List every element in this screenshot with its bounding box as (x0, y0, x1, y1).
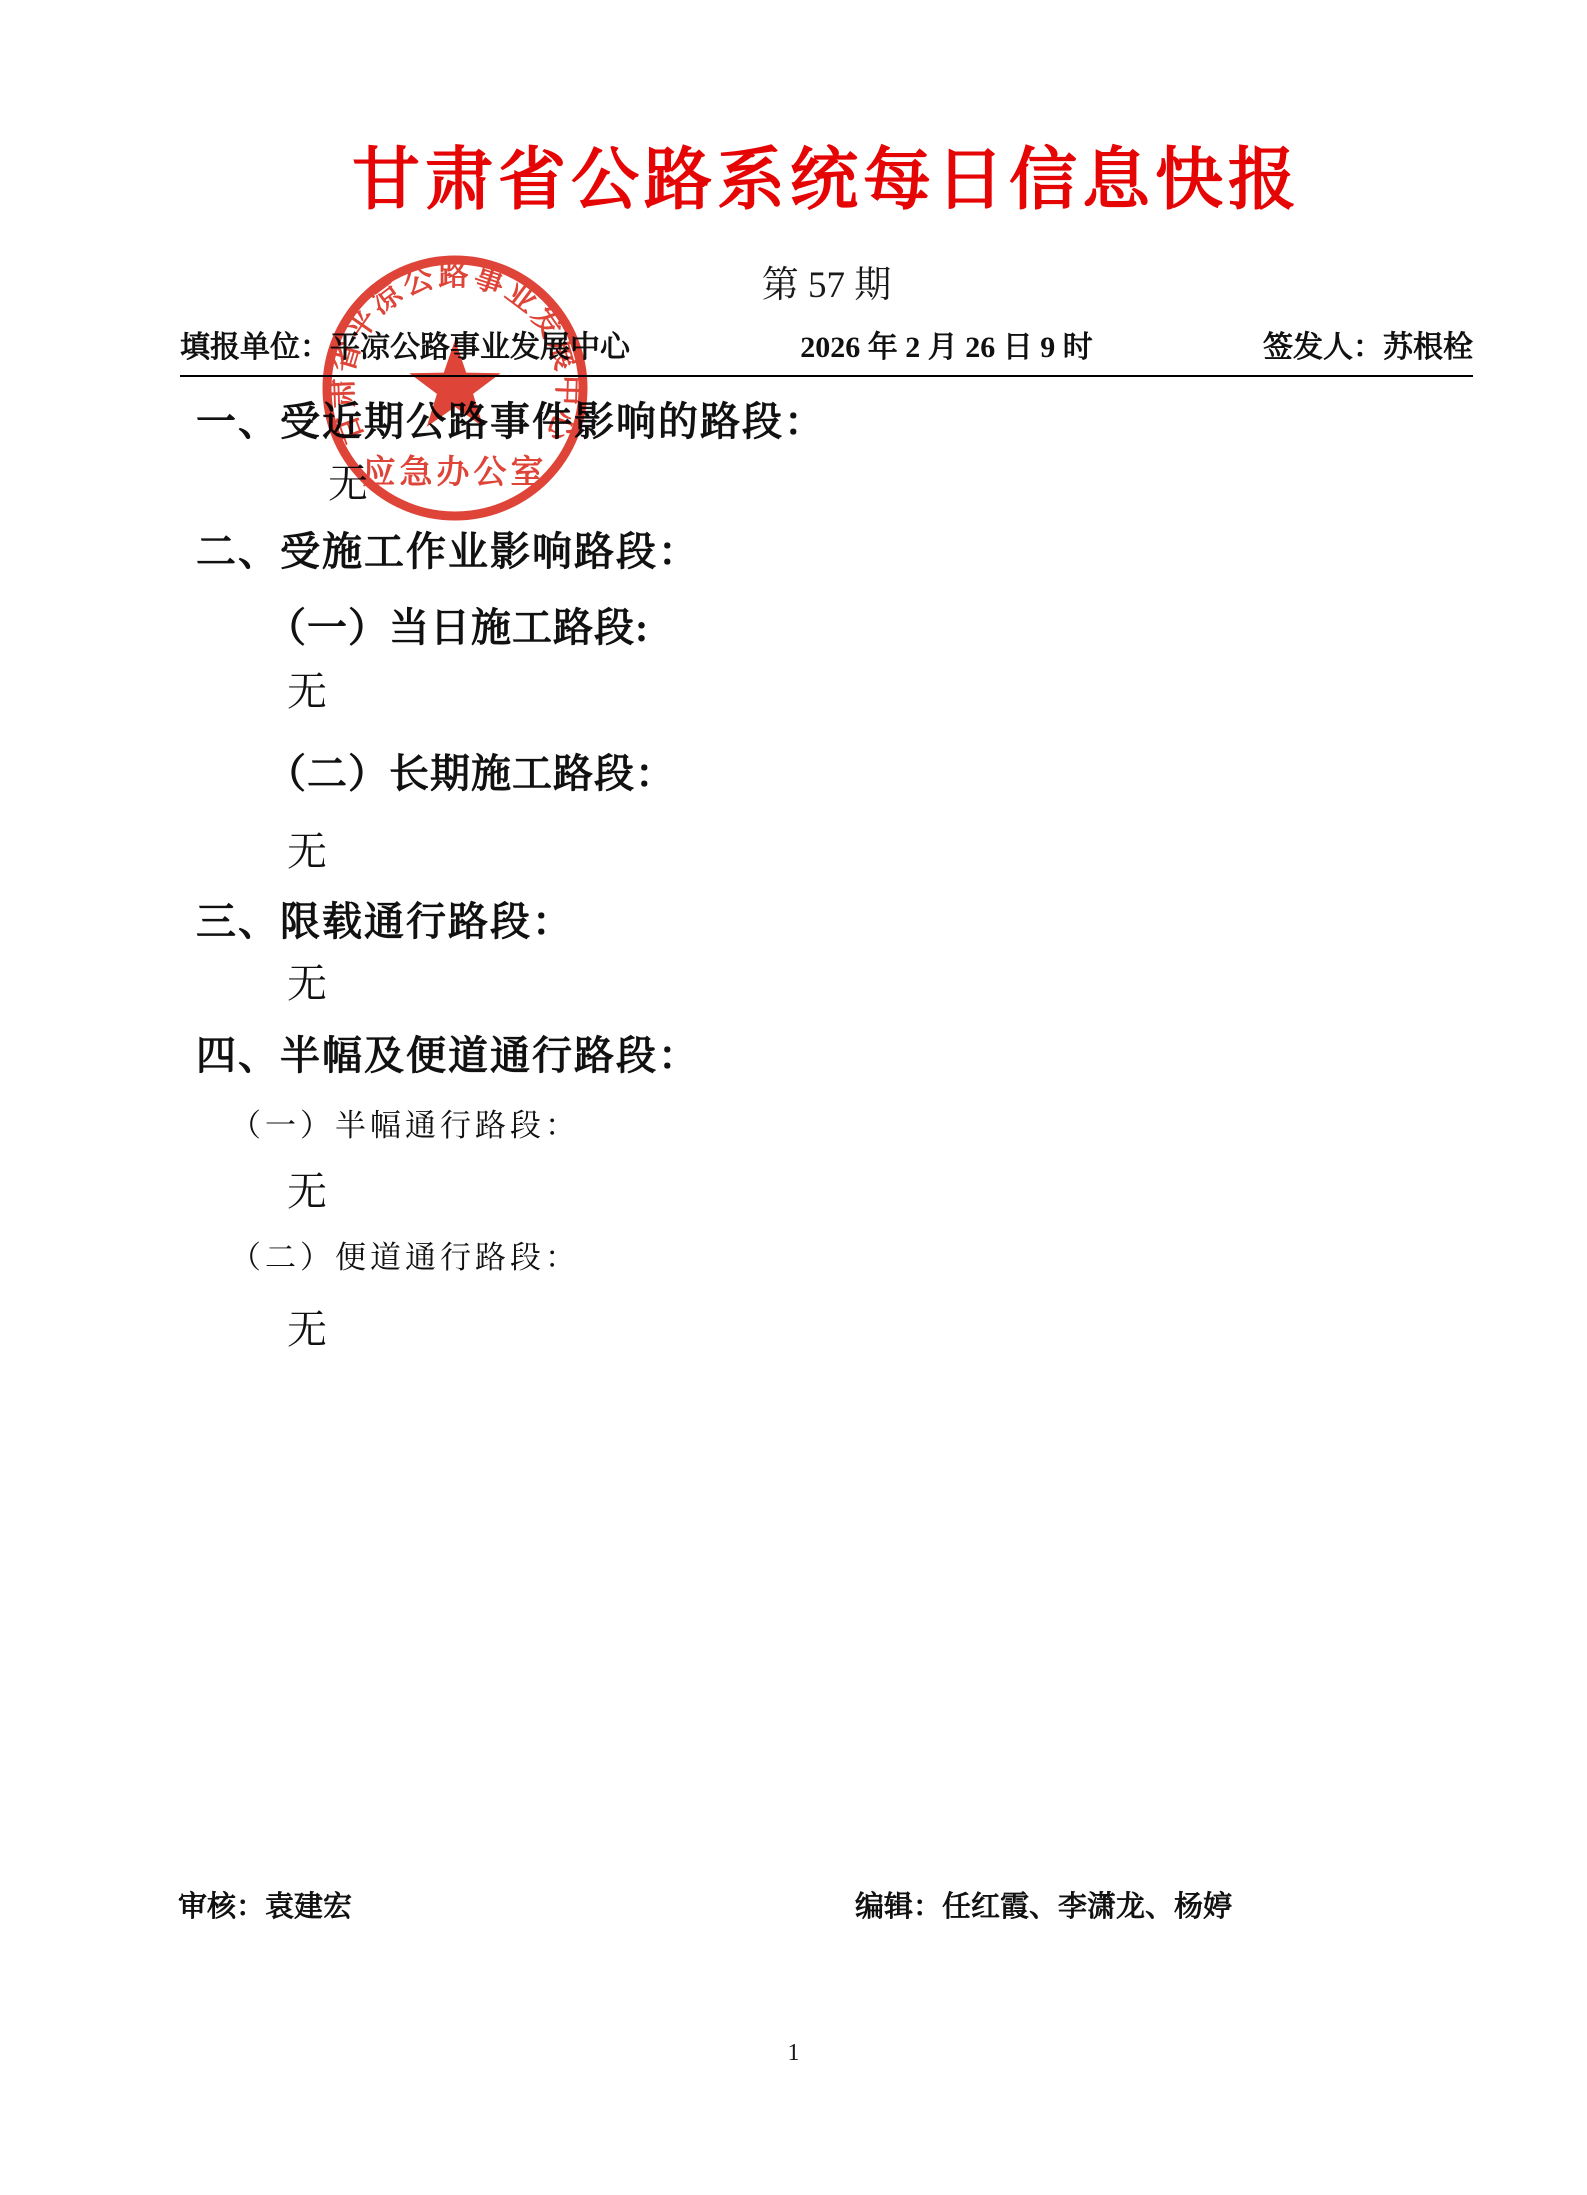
stamp-bottom-text: 应急办公室 (363, 454, 548, 491)
section-4-sub-1-value: 无 (287, 1160, 327, 1217)
section-2-heading: 二、受施工作业影响路段： (196, 520, 700, 577)
section-4-sub-1-heading: （一）半幅通行路段： (230, 1100, 580, 1145)
footer-row: 审核：袁建宏 编辑：任红霞、李潇龙、杨婷 (178, 1884, 1473, 1925)
issue-number: 第 57 期 (180, 254, 1473, 308)
section-4-sub-2-value: 无 (287, 1298, 327, 1355)
section-2-sub-2-value: 无 (287, 820, 327, 877)
section-4-sub-2-heading: （二）便道通行路段： (230, 1232, 580, 1277)
page-number: 1 (0, 2040, 1587, 2067)
section-3-value: 无 (287, 952, 327, 1009)
section-2-sub-1-value: 无 (287, 660, 327, 717)
section-1-heading: 一、受近期公路事件影响的路段： (196, 390, 826, 447)
reporting-unit: 填报单位：平凉公路事业发展中心 (180, 322, 630, 366)
reviewer: 审核：袁建宏 (178, 1891, 352, 1923)
editors: 编辑：任红霞、李潇龙、杨婷 (855, 1884, 1232, 1925)
document-page: 甘肃省公路系统每日信息快报 第 57 期 填报单位：平凉公路事业发展中心 202… (0, 0, 1587, 2195)
header-row: 填报单位：平凉公路事业发展中心 2026 年 2 月 26 日 9 时 签发人：… (180, 322, 1473, 377)
section-2-sub-1-heading: （一）当日施工路段: (266, 596, 649, 653)
report-datetime: 2026 年 2 月 26 日 9 时 (800, 322, 1093, 366)
page-title: 甘肃省公路系统每日信息快报 (180, 126, 1473, 223)
section-4-heading: 四、半幅及便道通行路段： (196, 1024, 700, 1081)
section-1-value: 无 (328, 452, 368, 509)
section-2-sub-2-heading: （二）长期施工路段： (266, 742, 676, 799)
issuer: 签发人：苏根栓 (1263, 322, 1473, 366)
section-3-heading: 三、限载通行路段： (196, 890, 574, 947)
